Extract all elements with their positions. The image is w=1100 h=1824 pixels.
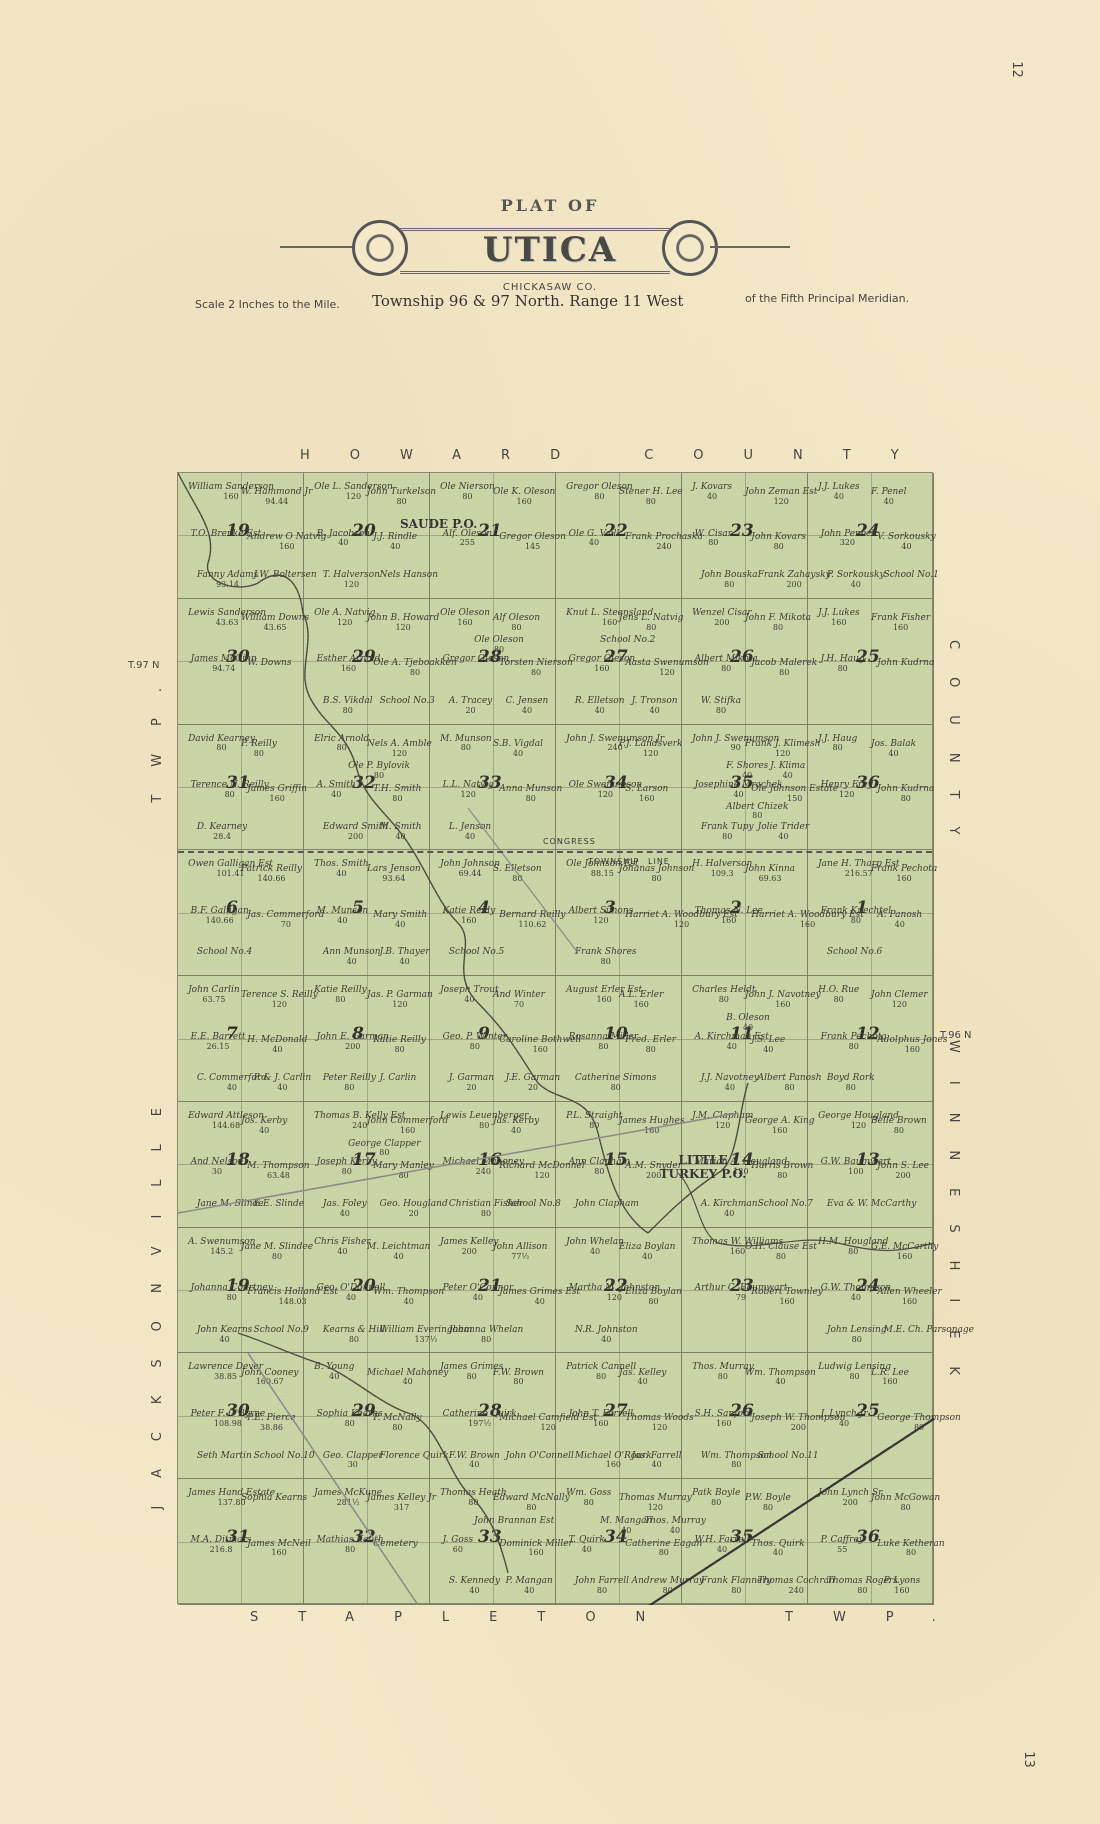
page-number-top: 12 [1009, 61, 1024, 78]
township-range-label: Township 96 & 97 North. Range 11 West [372, 292, 683, 310]
little-turkey-post-office: LITTLE TURKEY P.O. [658, 1153, 748, 1181]
township-plat-map: 36John Lynch Sr200John McGowan80P. Caffr… [177, 472, 933, 1604]
congress-township-line [178, 851, 932, 853]
road [178, 1113, 738, 1213]
border-label-south-twp: TWP. [785, 1610, 976, 1625]
congress-line-label: LINE [648, 857, 670, 866]
congress-township-label: TOWNSHIP [588, 857, 639, 866]
waterways-and-railroad [178, 473, 934, 1605]
township-marker-97: T.97 N [128, 660, 159, 671]
map-title: UTICA [0, 230, 1100, 270]
congress-label: CONGRESS [543, 837, 596, 846]
page-number-bottom: 13 [1021, 1751, 1036, 1768]
plat-of-label: PLAT OF [0, 196, 1100, 215]
border-label-south: STAPLETON [250, 1610, 685, 1625]
border-label-west-upper: TWP. [150, 660, 165, 803]
meridian-label: of the Fifth Principal Meridian. [745, 292, 909, 305]
little-turkey-river [178, 473, 648, 1233]
saude-post-office: SAUDE P.O. [400, 517, 477, 531]
border-label-north: HOWARD COUNTY [300, 448, 939, 463]
border-label-east-lower: WINNESHIEK [946, 1040, 961, 1403]
scale-label: Scale 2 Inches to the Mile. [195, 298, 340, 311]
border-label-west-lower: JACKSONVILLE [150, 1080, 165, 1510]
border-label-east-upper: COUNTY [946, 640, 961, 862]
railroad-line [638, 1403, 934, 1605]
